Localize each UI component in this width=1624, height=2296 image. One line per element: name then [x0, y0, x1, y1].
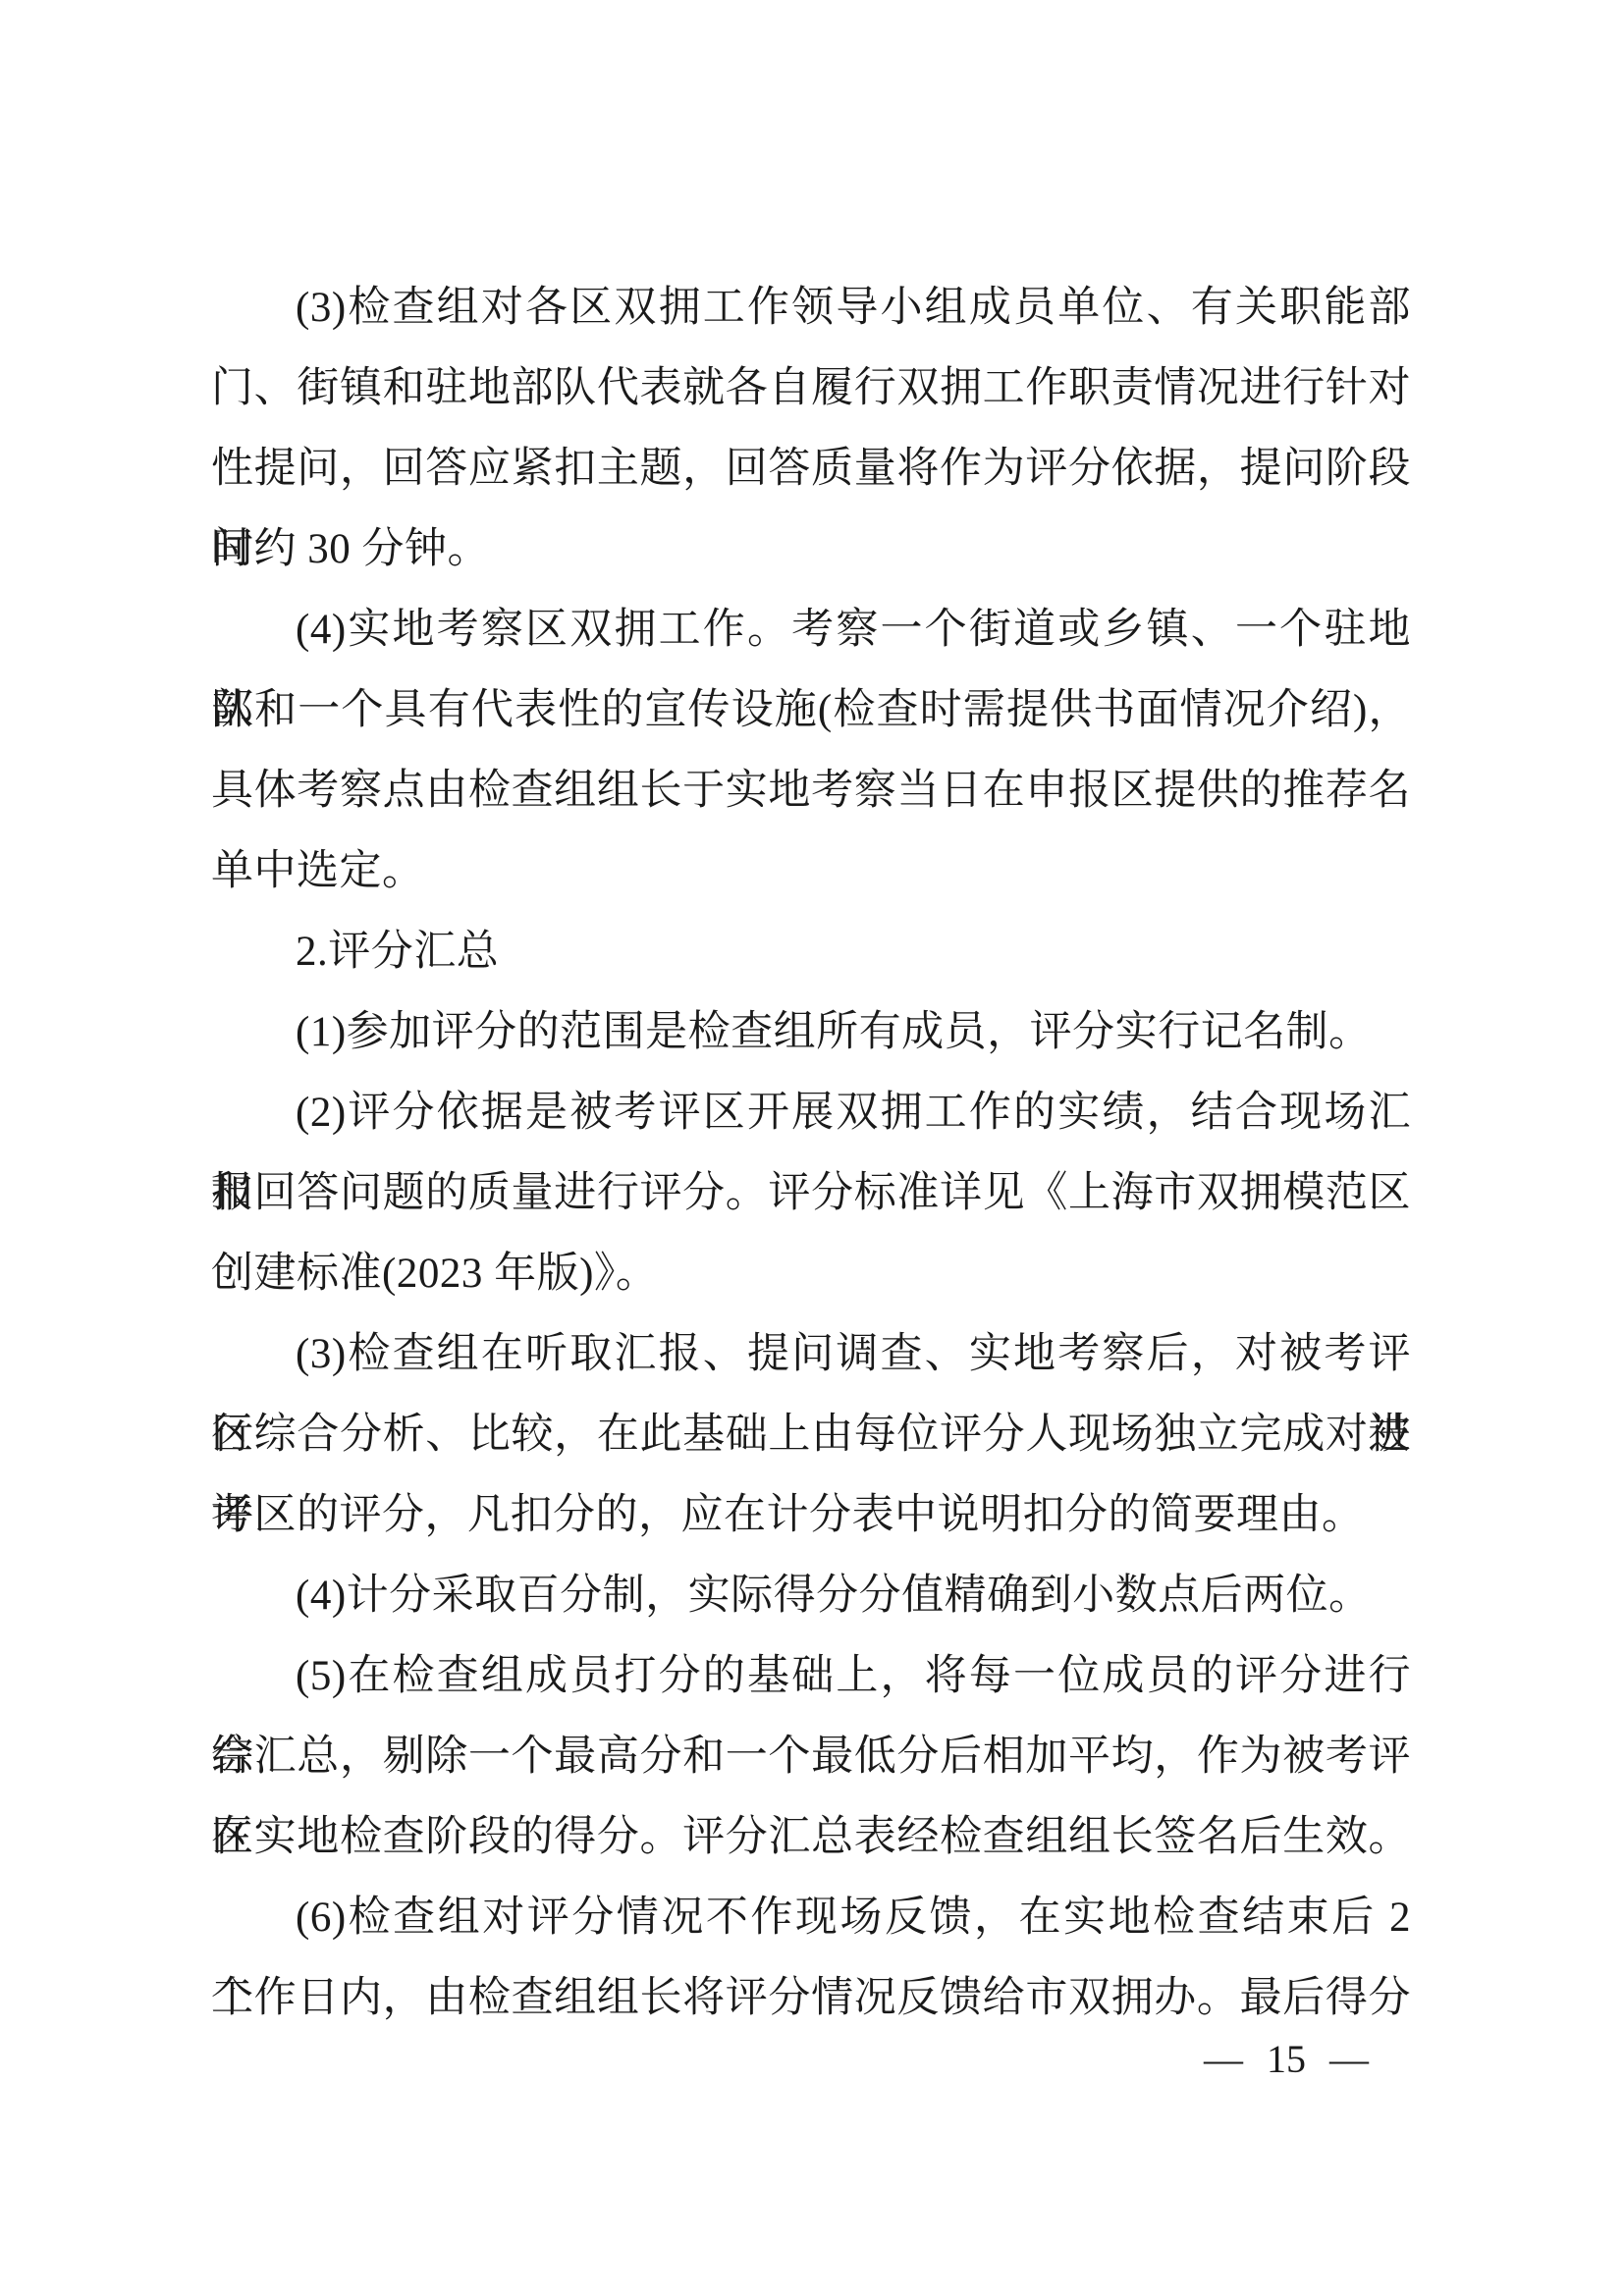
text-line: (4)计分采取百分制，实际得分分值精确到小数点后两位。: [211, 1556, 1411, 1636]
document-body: (3)检查组对各区双拥工作领导小组成员单位、有关职能部 门、街镇和驻地部队代表就…: [211, 268, 1411, 2039]
text-line: 单中选定。: [211, 831, 1411, 912]
document-page: (3)检查组对各区双拥工作领导小组成员单位、有关职能部 门、街镇和驻地部队代表就…: [0, 0, 1624, 2296]
text-line: (1)参加评分的范围是检查组所有成员，评分实行记名制。: [211, 992, 1411, 1073]
text-line: (3)检查组在听取汇报、提问调查、实地考察后，对被考评区进: [211, 1314, 1411, 1395]
text-line: (6)检查组对评分情况不作现场反馈，在实地检查结束后 2 个: [211, 1878, 1411, 1958]
text-line: 评区的评分，凡扣分的，应在计分表中说明扣分的简要理由。: [211, 1475, 1411, 1556]
text-line: 和回答问题的质量进行评分。评分标准详见《上海市双拥模范区: [211, 1153, 1411, 1234]
page-number: — 15 —: [1119, 2030, 1453, 2089]
text-line: 创建标准(2023 年版)》。: [211, 1234, 1411, 1314]
text-line: (3)检查组对各区双拥工作领导小组成员单位、有关职能部: [211, 268, 1411, 348]
text-line-section-heading: 2.评分汇总: [211, 912, 1411, 992]
text-line: 队和一个具有代表性的宣传设施(检查时需提供书面情况介绍)，: [211, 670, 1411, 751]
text-line: 工作日内，由检查组组长将评分情况反馈给市双拥办。最后得分: [211, 1958, 1411, 2039]
text-line: 具体考察点由检查组组长于实地考察当日在申报区提供的推荐名: [211, 751, 1411, 831]
text-line: (5)在检查组成员打分的基础上，将每一位成员的评分进行综: [211, 1636, 1411, 1717]
text-line: 间约 30 分钟。: [211, 509, 1411, 590]
text-line: 性提问，回答应紧扣主题，回答质量将作为评分依据，提问阶段时: [211, 429, 1411, 509]
text-line: 在实地检查阶段的得分。评分汇总表经检查组组长签名后生效。: [211, 1797, 1411, 1878]
text-line: (4)实地考察区双拥工作。考察一个街道或乡镇、一个驻地部: [211, 590, 1411, 670]
text-line: 门、街镇和驻地部队代表就各自履行双拥工作职责情况进行针对: [211, 348, 1411, 429]
text-line: (2)评分依据是被考评区开展双拥工作的实绩，结合现场汇报: [211, 1073, 1411, 1153]
text-line: 行综合分析、比较，在此基础上由每位评分人现场独立完成对被考: [211, 1395, 1411, 1475]
text-line: 合汇总，剔除一个最高分和一个最低分后相加平均，作为被考评区: [211, 1717, 1411, 1797]
